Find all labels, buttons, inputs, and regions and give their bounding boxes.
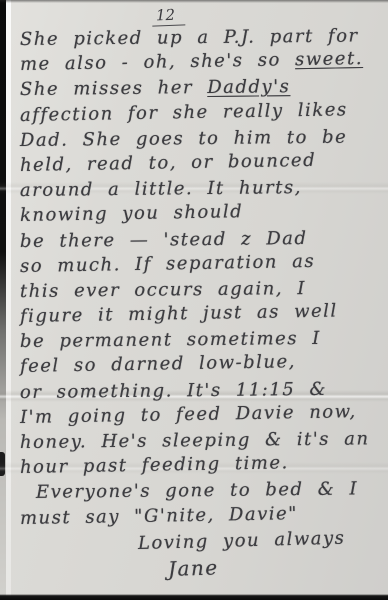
letter-text: feel so darned low-blue, (20, 352, 296, 378)
letter-line: figure it might just as well (20, 298, 376, 329)
scan-edge-bottom (0, 594, 388, 600)
letter-body: She picked up a P.J. part for me also - … (20, 27, 376, 582)
scan-edge-mark (0, 452, 5, 476)
letter-text: held, read to, or bounced (20, 150, 317, 176)
letter-text: affection for she really likes (20, 99, 348, 126)
scan-edge-top (0, 0, 388, 3)
letter-text: knowing you should (20, 201, 244, 226)
underlined-word: Daddy's (207, 77, 290, 99)
letter-text: She misses her (20, 77, 207, 100)
letter-text: this ever occurs again, I (20, 278, 306, 302)
letter-line: held, read to, or bounced (20, 147, 376, 178)
letter-line: hour past feeding time. (20, 449, 376, 480)
letter-text: so much. If separation as (20, 251, 315, 277)
letter-text: around a little. It hurts, (20, 177, 302, 201)
letter-text: I'm going to feed Davie now, (20, 401, 357, 428)
page-number: 12 (152, 5, 186, 26)
letter-text: Everyone's gone to bed & I (36, 479, 358, 503)
letter-text: or something. It's 11:15 & (20, 378, 327, 402)
letter-text: Dad. She goes to him to be (20, 126, 347, 150)
letter-line: so much. If separation as (20, 247, 376, 278)
letter-text: me also - oh, she's so (20, 49, 295, 75)
letter-line: feel so darned low-blue, (20, 348, 376, 379)
letter-text: hour past feeding time. (20, 452, 289, 478)
paper-left-highlight (6, 0, 11, 600)
letter-text: must say "G'nite, Davie" (20, 503, 298, 529)
letter-text: be there — 'stead z Dad (20, 227, 308, 251)
underlined-word: sweet. (295, 48, 363, 70)
letter-text: figure it might just as well (20, 301, 338, 328)
letter-line: knowing you should (20, 197, 376, 228)
letter-line: me also - oh, she's so sweet. (20, 46, 376, 77)
letter-line: I'm going to feed Davie now, (20, 399, 376, 430)
scanned-letter-page: 12 She picked up a P.J. part for me also… (0, 0, 388, 600)
